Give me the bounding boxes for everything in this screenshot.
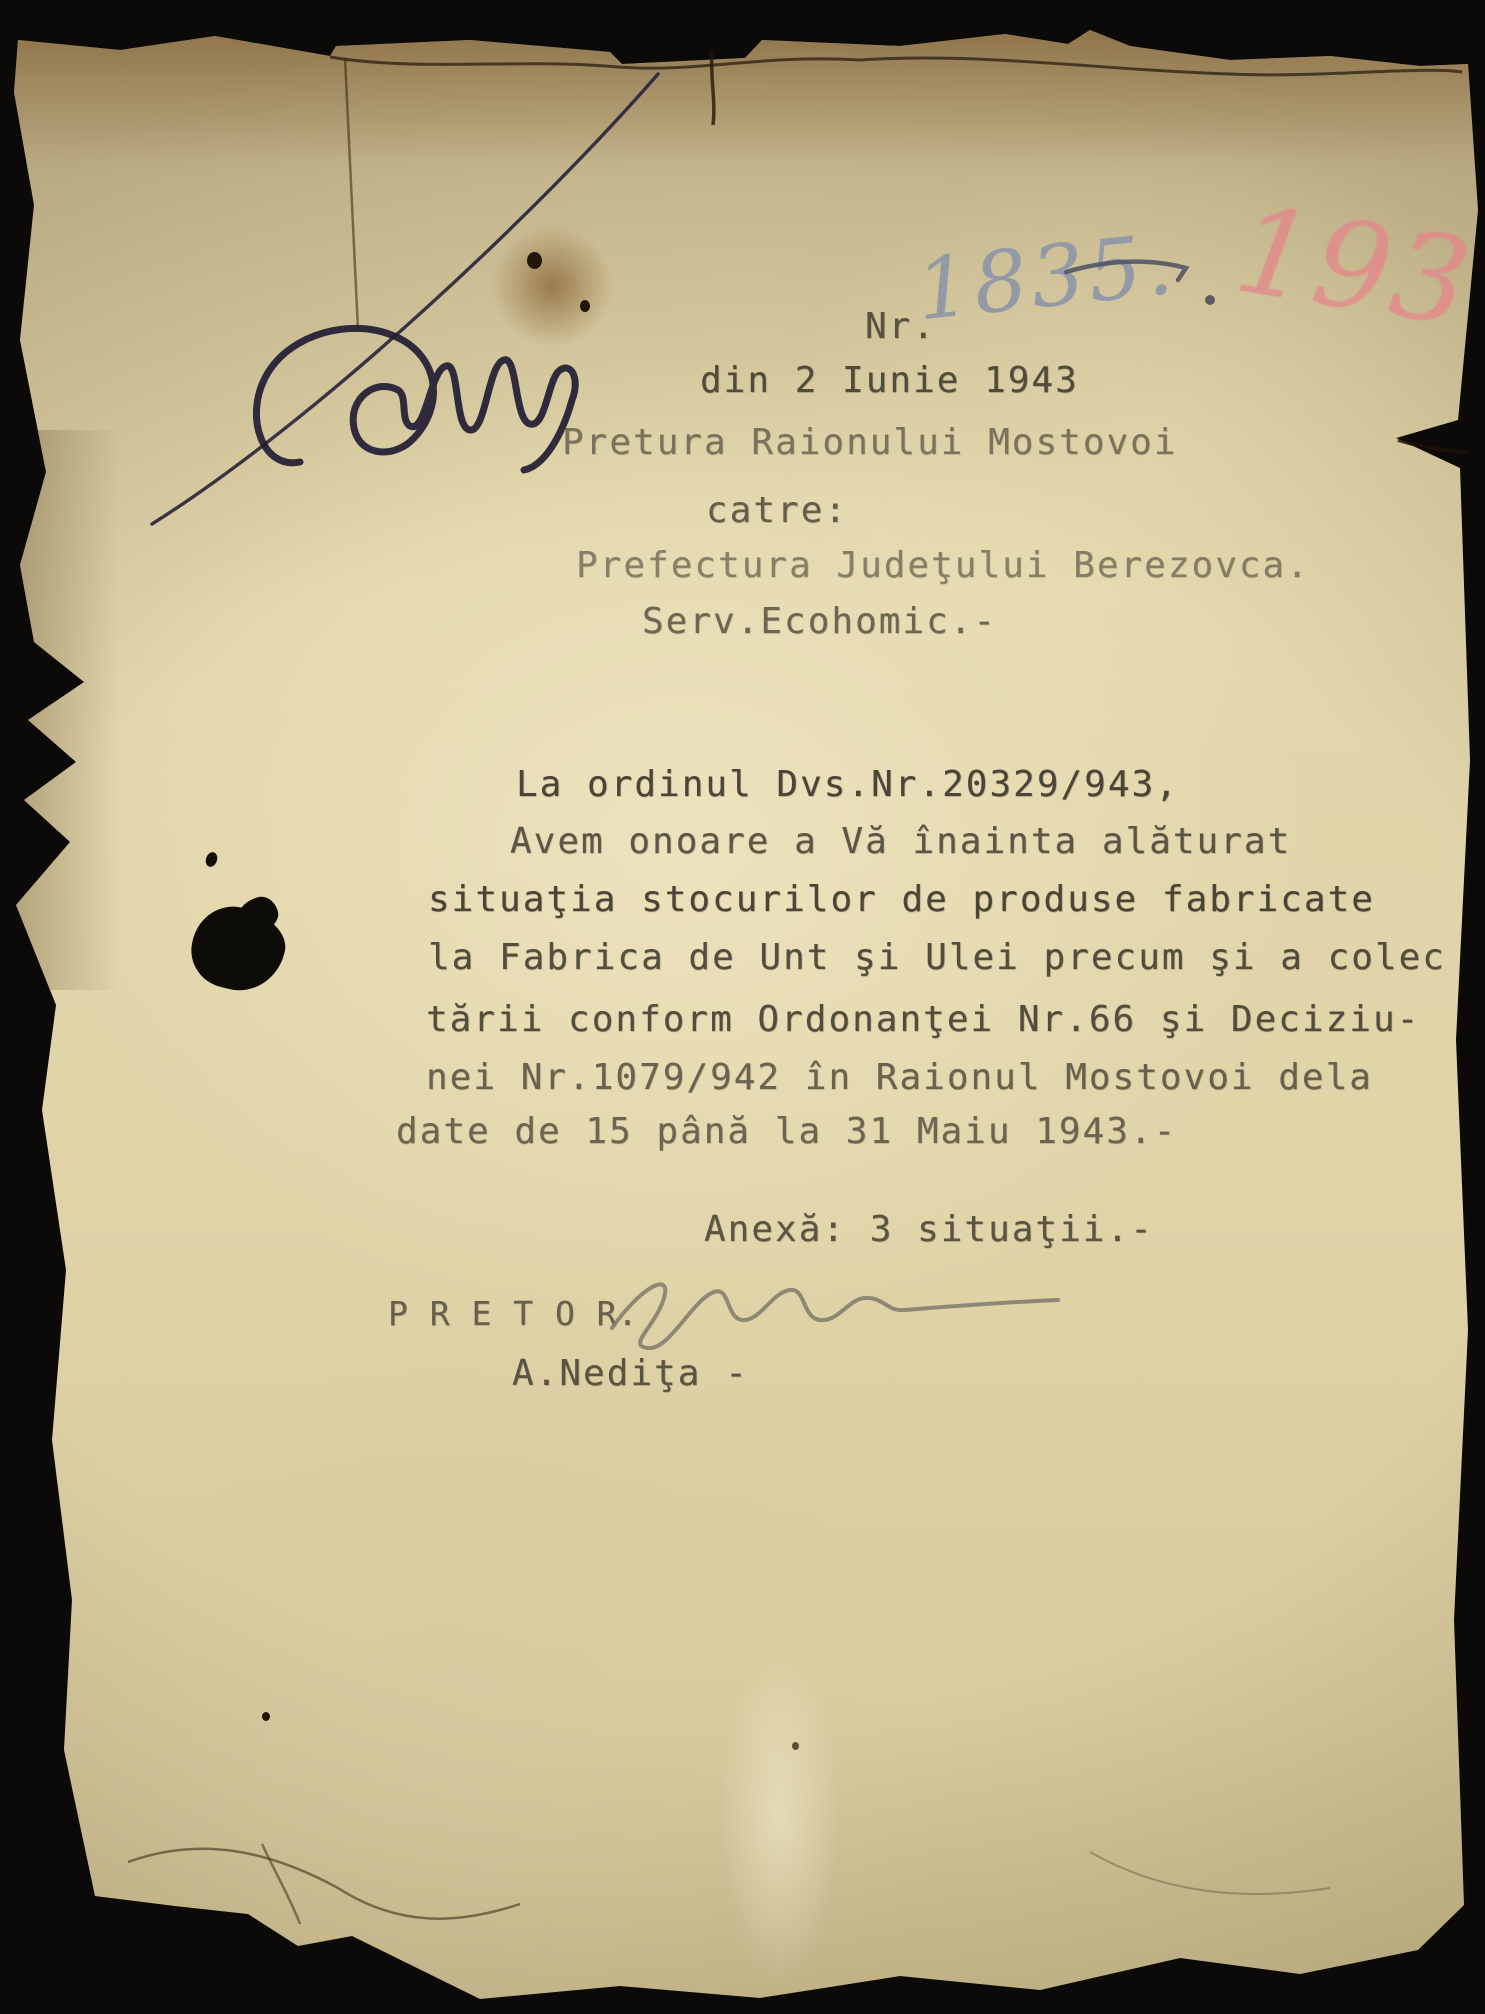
recipient-service-line: Serv.Ecohomic.- [642,601,997,642]
ink-speck [580,300,590,312]
top-tear-shading [0,28,1485,163]
signer-title: P R E T O R. [388,1294,638,1333]
paper-sheet: Nr. din 2 Iunie 1943 Pretura Raionului M… [0,0,1485,2014]
ink-speck [792,1742,799,1750]
ink-blot-speck [204,851,219,869]
body-line: date de 15 până la 31 Maiu 1943.- [396,1111,1177,1152]
body-line: Avem onoare a Vă înainta alăturat [510,821,1291,862]
ink-speck [527,252,542,269]
scanned-document: Nr. din 2 Iunie 1943 Pretura Raionului M… [0,0,1485,2014]
recipient-line: Prefectura Judeţului Berezovca. [576,545,1310,586]
registry-number-red-pencil: 193 [1227,180,1481,354]
worn-streak [720,1650,840,1980]
ref-number-handwritten: 1835. [912,215,1181,340]
annex-line: Anexă: 3 situaţii.- [704,1209,1154,1250]
body-line: La ordinul Dvs.Nr.20329/943, [516,764,1179,805]
body-line: situaţia stocurilor de produse fabricate [428,879,1375,920]
body-line: la Fabrica de Unt şi Ulei precum şi a co… [428,937,1446,978]
body-line: nei Nr.1079/942 în Raionul Mostovoi dela [426,1057,1373,1098]
date-line: din 2 Iunie 1943 [700,360,1079,401]
sender-line: Pretura Raionului Mostovoi [562,422,1178,463]
body-line: tării conform Ordonanţei Nr.66 şi Decizi… [426,999,1420,1040]
ink-speck [262,1712,270,1721]
addressing-word: catre: [706,490,848,531]
ink-stain [492,226,612,346]
left-edge-shadow [0,430,120,990]
signer-name: A.Nediţa - [512,1353,749,1394]
